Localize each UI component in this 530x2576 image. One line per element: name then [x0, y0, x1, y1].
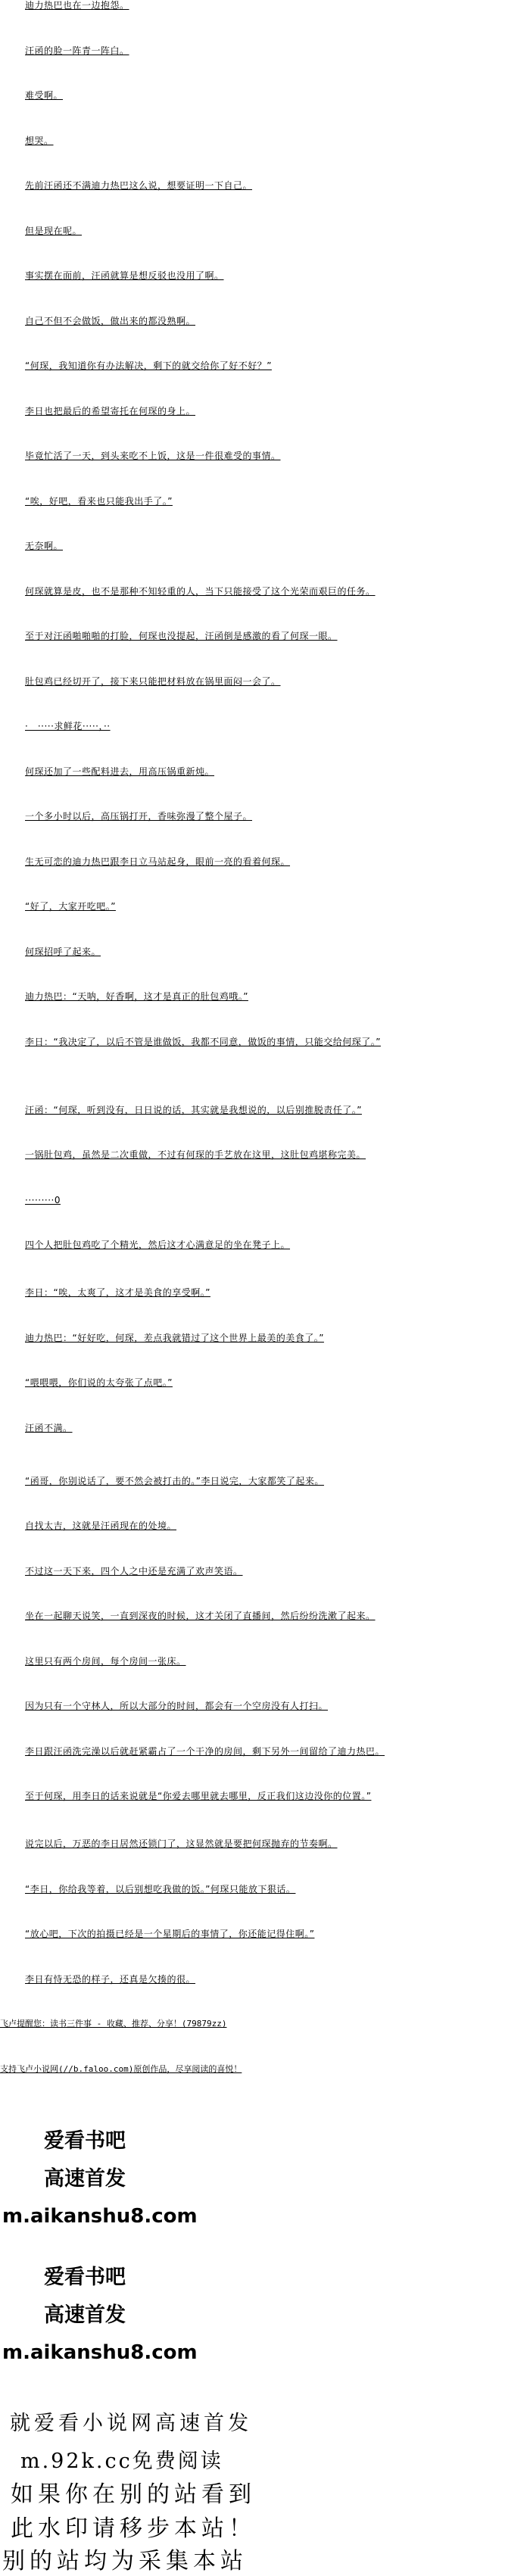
paragraph: 何琛就算是皮，也不是那种不知轻重的人，当下只能接受了这个光荣而艰巨的任务。 [25, 586, 376, 597]
paragraph: 李日：“唉，太爽了，这才是美食的享受啊。” [25, 1287, 210, 1298]
paragraph: 汪函：“何琛，听到没有，日日说的话，其实就是我想说的，以后别推脱责任了。” [25, 1105, 362, 1115]
paragraph: 迪力热巴：“好好吃，何琛，差点我就错过了这个世界上最美的美食了。” [25, 1333, 324, 1343]
watermark-subtitle: 高速首发 [44, 2167, 126, 2191]
watermark-line: 就爱看小说网高速首发 [10, 2410, 252, 2437]
watermark-line: 如果你在别的站看到 [11, 2481, 256, 2509]
paragraph: 迪力热巴：“天呐，好香啊，这才是真正的肚包鸡哦。” [25, 991, 248, 1002]
paragraph: 肚包鸡已经切开了，接下来只能把材料放在锅里面闷一会了。 [25, 676, 281, 687]
paragraph: “何琛，我知道你有办法解决，剩下的就交给你了好不好？” [25, 360, 272, 371]
paragraph: 汪函的脸一阵青一阵白。 [25, 45, 129, 56]
watermark-line: 此水印请移步本站！ [11, 2515, 256, 2543]
paragraph: “好了，大家开吃吧。” [25, 901, 116, 912]
paragraph: 李日有恃无恐的样子，还真是欠揍的很。 [25, 1974, 195, 1985]
watermark-url: m.aikanshu8.com [2, 2341, 198, 2365]
watermark-line: m.92k.cc免费阅读 [20, 2448, 223, 2475]
paragraph: 但是现在呢。 [25, 226, 82, 236]
paragraph: 何琛还加了一些配料进去，用高压锅重新炖。 [25, 766, 214, 777]
paragraph: 自找太吉，这就是汪函现在的处境。 [25, 1520, 176, 1531]
paragraph: 至于对汪函啪啪啪的打脸，何琛也没提起，汪函倒是感激的看了何琛一眼。 [25, 631, 338, 641]
watermark-title: 爱看书吧 [44, 2266, 126, 2290]
paragraph: “李日，你给我等着，以后别想吃我做的饭。”何琛只能放下狠话。 [25, 1884, 295, 1895]
paragraph: 先前汪函还不满迪力热巴这么说，想要证明一下自己。 [25, 180, 252, 191]
paragraph: 四个人把肚包鸡吃了个精光，然后这才心满意足的坐在凳子上。 [25, 1240, 290, 1250]
paragraph: 生无可恋的迪力热巴跟李日立马站起身，眼前一亮的看着何琛。 [25, 856, 290, 867]
paragraph: 无奈啊。 [25, 541, 63, 551]
paragraph: 李日跟汪函洗完澡以后就赶紧霸占了一个干净的房间，剩下另外一间留给了迪力热巴。 [25, 1746, 385, 1757]
watermark-url: m.aikanshu8.com [2, 2204, 198, 2228]
faloo-reminder: 飞卢提醒您：读书三件事 - 收藏、推荐、分享！(79879zz) [0, 2019, 226, 2029]
paragraph: 至于何琛，用李日的话来说就是“你爱去哪里就去哪里，反正我们这边没你的位置。” [25, 1791, 371, 1801]
paragraph-separator: ·········0 [25, 1195, 61, 1205]
paragraph: 想哭。 [25, 136, 54, 146]
paragraph: “喂喂喂，你们说的太夸张了点吧。” [25, 1377, 173, 1388]
paragraph: “唉，好吧，看来也只能我出手了。” [25, 496, 173, 507]
paragraph: 一锅肚包鸡，虽然是二次重做，不过有何琛的手艺放在这里，这肚包鸡堪称完美。 [25, 1149, 366, 1160]
paragraph: 毕竟忙活了一天，到头来吃不上饭，这是一件很难受的事情。 [25, 451, 281, 461]
paragraph: 汪函不满。 [25, 1423, 73, 1433]
paragraph: 迪力热巴也在一边抱怨。 [25, 0, 129, 11]
paragraph: 李日也把最后的希望寄托在何琛的身上。 [25, 406, 195, 416]
paragraph: 何琛招呼了起来。 [25, 947, 101, 957]
paragraph: 难受啊。 [25, 90, 63, 101]
paragraph: 因为只有一个守林人，所以大部分的时间，都会有一个空房没有人打扫。 [25, 1701, 328, 1711]
watermark-line: 别的站均为采集本站 [2, 2548, 248, 2575]
paragraph: 事实摆在面前，汪函就算是想反驳也没用了啊。 [25, 270, 224, 281]
paragraph: 不过这一天下来，四个人之中还是充满了欢声笑语。 [25, 1566, 243, 1576]
paragraph: “函哥，你别说话了，要不然会被打击的。”李日说完，大家都笑了起来。 [25, 1476, 324, 1486]
faloo-support-link[interactable]: 支持飞卢小说网(//b.faloo.com)原创作品，尽享阅读的喜悦！ [0, 2064, 242, 2075]
paragraph: 坐在一起聊天说笑，一直到深夜的时候，这才关闭了直播间，然后纷纷洗漱了起来。 [25, 1611, 376, 1621]
watermark-subtitle: 高速首发 [44, 2303, 126, 2328]
paragraph: 说完以后，万恶的李日居然还锁门了，这显然就是要把何琛抛弃的节奏啊。 [25, 1838, 338, 1849]
paragraph: 李日：“我决定了，以后不管是谁做饭，我都不同意，做饭的事情，只能交给何琛了。” [25, 1037, 381, 1047]
paragraph: 一个多小时以后，高压锅打开，香味弥漫了整个屋子。 [25, 811, 252, 822]
paragraph: 自己不但不会做饭，做出来的都没熟啊。 [25, 316, 195, 326]
paragraph: 这里只有两个房间，每个房间一张床。 [25, 1656, 186, 1667]
watermark-title: 爱看书吧 [44, 2129, 126, 2153]
paragraph-separator: · ·····求鲜花·····，·· [25, 721, 111, 731]
paragraph: “放心吧，下次的拍摄已经是一个星期后的事情了，你还能记得住啊。” [25, 1929, 314, 1939]
